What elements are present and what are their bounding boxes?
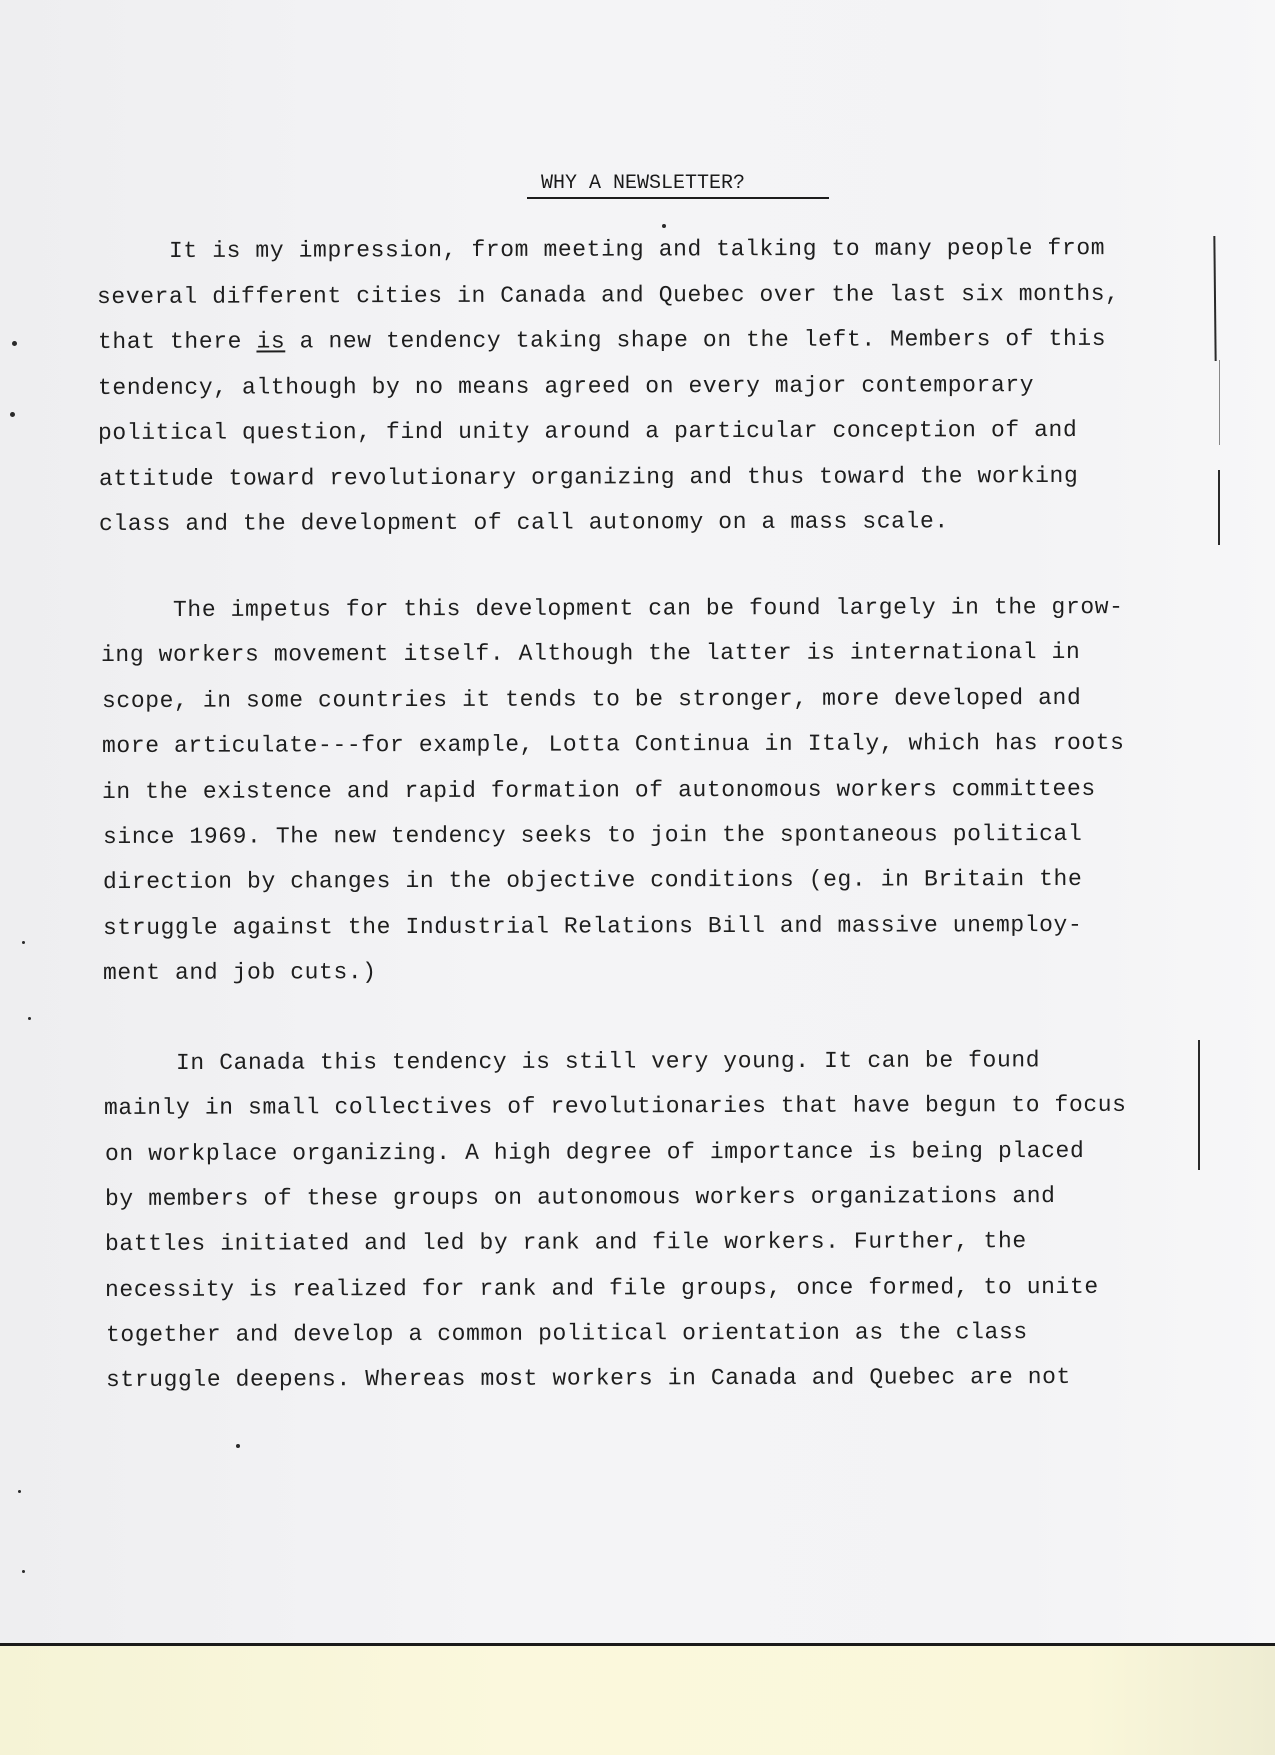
text-line: ing workers movement itself. Although th… xyxy=(101,639,1080,668)
speck-mark xyxy=(22,1570,25,1573)
text-line: on workplace organizing. A high degree o… xyxy=(104,1138,1083,1167)
text-line: together and develop a common political … xyxy=(105,1319,1027,1348)
text-line: political question, find unity around a … xyxy=(98,417,1077,446)
speck-mark xyxy=(12,341,17,346)
margin-line-mark xyxy=(1198,1040,1200,1170)
text-line: several different cities in Canada and Q… xyxy=(97,280,1120,309)
text-line: tendency, although by no means agreed on… xyxy=(98,372,1034,401)
document-title: WHY A NEWSLETTER? xyxy=(527,172,829,199)
text-line: class and the development of call autono… xyxy=(99,508,949,537)
speck-mark xyxy=(28,1017,31,1020)
text-line: scope, in some countries it tends to be … xyxy=(102,685,1081,714)
text-line: that there is a new tendency taking shap… xyxy=(98,326,1106,355)
text-line: In Canada this tendency is still very yo… xyxy=(176,1047,1040,1076)
text-line: in the existence and rapid formation of … xyxy=(102,775,1096,804)
underlined-word: is xyxy=(256,328,285,354)
text-line: attitude toward revolutionary organizing… xyxy=(98,462,1077,491)
margin-line-mark xyxy=(1219,360,1220,445)
text-line: ment and job cuts.) xyxy=(103,959,377,986)
speck-mark xyxy=(10,412,15,417)
text-line: struggle deepens. Whereas most workers i… xyxy=(106,1364,1071,1393)
text-line: battles initiated and led by rank and fi… xyxy=(105,1228,1027,1257)
text-line: by members of these groups on autonomous… xyxy=(105,1183,1056,1212)
speck-mark xyxy=(236,1444,240,1448)
speck-mark xyxy=(22,941,25,944)
margin-line-mark xyxy=(1218,470,1220,545)
yellow-backing-sheet xyxy=(0,1646,1275,1755)
text-line: struggle against the Industrial Relation… xyxy=(103,912,1082,941)
text-line: since 1969. The new tendency seeks to jo… xyxy=(102,821,1081,850)
text-line: It is my impression, from meeting and ta… xyxy=(169,235,1105,264)
text-line: The impetus for this development can be … xyxy=(173,594,1124,623)
speck-mark xyxy=(18,1490,21,1493)
speck-mark xyxy=(662,224,666,228)
text-line: mainly in small collectives of revolutio… xyxy=(104,1092,1127,1121)
text-line: direction by changes in the objective co… xyxy=(103,866,1082,895)
text-line: necessity is realized for rank and file … xyxy=(105,1273,1099,1302)
text-line: more articulate---for example, Lotta Con… xyxy=(102,730,1125,759)
